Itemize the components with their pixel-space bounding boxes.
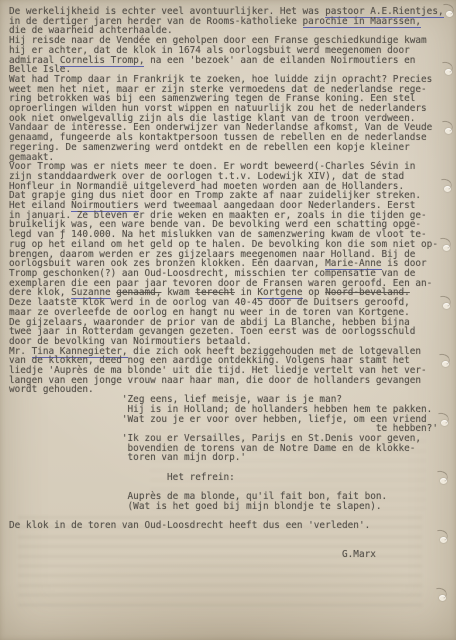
text-line: Het refrein: [9,473,455,483]
binder-hole [446,11,453,17]
binder-hole [441,420,448,426]
text-line: (Wat is het goed bij mijn blondje te sla… [9,502,455,512]
binder-hole [439,595,446,601]
text-line [9,531,455,541]
binder-hole [443,303,450,309]
text-line: toren van mijn dorp.' [9,453,455,463]
typewritten-page: De werkelijkheid is echter veel avontuur… [9,7,455,560]
pen-underlined-text: parochie in Maarssen, [303,16,422,28]
binder-hole [443,245,450,251]
text-line: regering. De samenzwering werd ontdekt e… [9,143,455,153]
binder-hole [445,128,452,134]
text-line: admiraal Cornelis Tromp, na een 'bezoek'… [9,56,455,66]
text-line: G.Marx [9,550,455,560]
text-line: De klok in de toren van Oud-Loosdrecht h… [9,521,455,531]
pen-underlined-text: Cornelis Tromp, [60,55,145,67]
binder-hole [440,537,447,543]
